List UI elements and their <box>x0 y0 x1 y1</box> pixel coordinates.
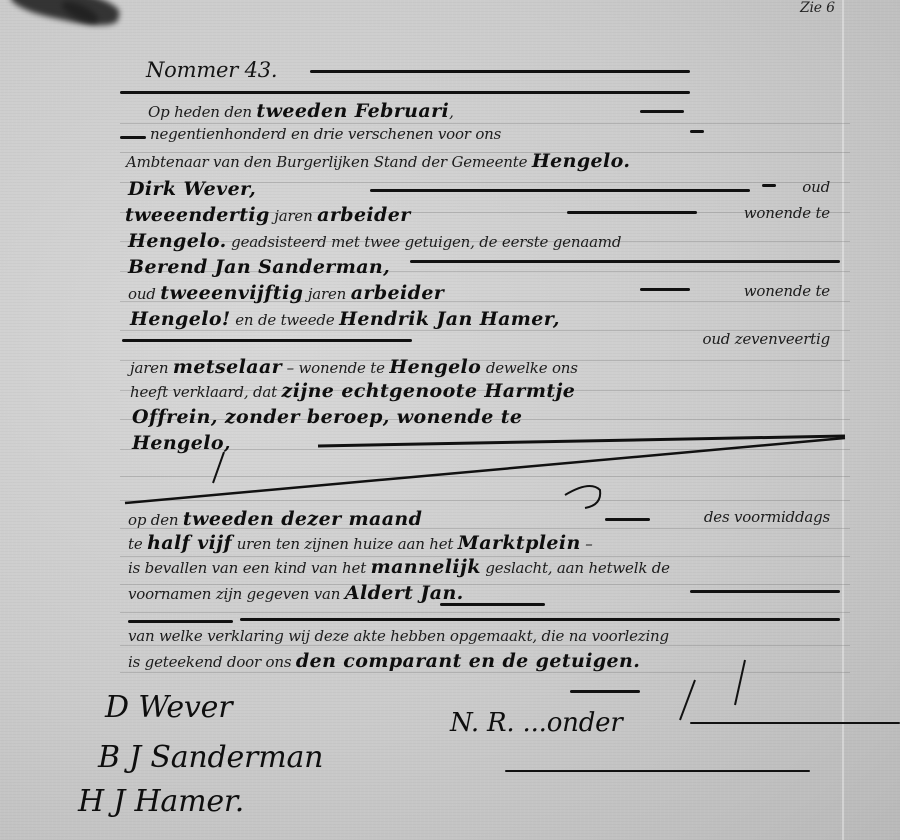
handwritten-entry: mannelijk <box>371 556 481 578</box>
handwritten-entry: Aldert Jan. <box>345 582 464 604</box>
handwritten-entry: half vijf <box>147 532 232 554</box>
printed-text: op den <box>128 511 183 529</box>
record-line: voornamen zijn gegeven van Aldert Jan. <box>128 582 464 604</box>
printed-text: geslacht, aan hetwelk de <box>481 559 670 577</box>
handwritten-entry: den comparant en de getuigen. <box>296 650 640 672</box>
handwritten-entry: Marktplein <box>458 532 581 554</box>
printed-text: is bevallen van een kind van het <box>128 559 371 577</box>
printed-text: – <box>581 535 593 553</box>
record-line: van welke verklaring wij deze akte hebbe… <box>128 626 669 645</box>
record-line: op den tweeden dezer maanddes voormiddag… <box>128 508 422 530</box>
record-line: te half vijf uren ten zijnen huize aan h… <box>128 532 593 554</box>
register-page: Zie 6 Nommer 43. Op heden den tweeden Fe… <box>0 0 900 840</box>
signature-declarant: D Wever <box>105 690 232 725</box>
record-line: is bevallen van een kind van het manneli… <box>128 556 670 578</box>
signature-registrar: N. R. ...onder <box>450 708 623 738</box>
printed-text: uren ten zijnen huize aan het <box>232 535 458 553</box>
signature-witness-1: B J Sanderman <box>98 740 323 775</box>
printed-text: is geteekend door ons <box>128 653 296 671</box>
printed-text: te <box>128 535 147 553</box>
record-line: is geteekend door ons den comparant en d… <box>128 650 640 672</box>
handwritten-entry: tweeden dezer maand <box>183 508 422 530</box>
printed-text: voornamen zijn gegeven van <box>128 585 345 603</box>
signature-witness-2: H J Hamer. <box>78 784 244 819</box>
printed-text: des voormiddags <box>704 508 830 526</box>
printed-text: van welke verklaring wij deze akte hebbe… <box>128 627 669 645</box>
